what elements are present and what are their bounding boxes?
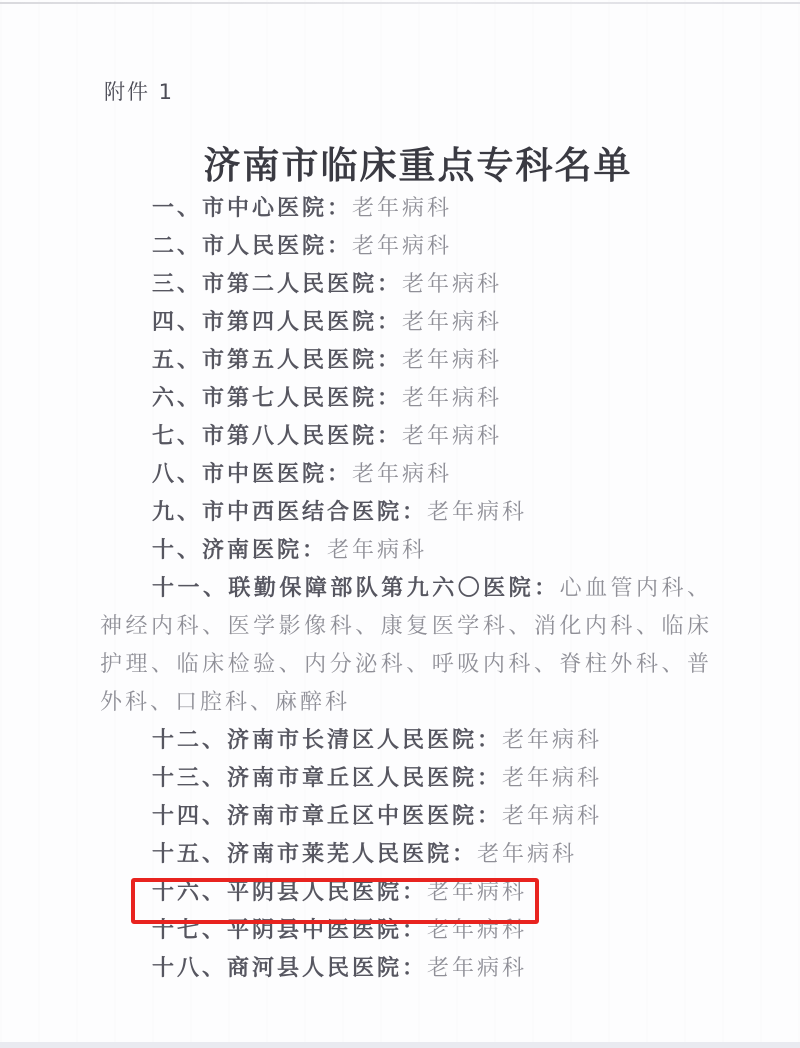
- hospital-name: 四、市第四人民医院：: [152, 310, 402, 335]
- specialty-name: 老年病科: [327, 538, 427, 563]
- hospital-name: 六、市第七人民医院：: [152, 386, 402, 411]
- list-item: 七、市第八人民医院：老年病科: [100, 418, 712, 456]
- specialty-name: 老年病科: [502, 804, 602, 829]
- specialty-name: 老年病科: [427, 918, 527, 943]
- hospital-name: 十八、商河县人民医院：: [152, 956, 427, 981]
- hospital-name: 八、市中医医院：: [152, 462, 352, 487]
- specialty-name: 老年病科: [352, 196, 452, 221]
- list-item: 八、市中医医院：老年病科: [100, 456, 712, 494]
- scanned-document-page: 附件 1 济南市临床重点专科名单 一、市中心医院：老年病科二、市人民医院：老年病…: [0, 0, 800, 1048]
- hospital-name: 十三、济南市章丘区人民医院：: [152, 766, 502, 791]
- hospital-name: 十六、平阴县人民医院：: [152, 880, 427, 905]
- scan-edge-top: [0, 2, 800, 4]
- list-item: 五、市第五人民医院：老年病科: [100, 342, 712, 380]
- hospital-name: 七、市第八人民医院：: [152, 424, 402, 449]
- hospital-name: 三、市第二人民医院：: [152, 272, 402, 297]
- list-item: 十七、平阴县中医医院：老年病科: [100, 912, 712, 950]
- specialty-list: 一、市中心医院：老年病科二、市人民医院：老年病科三、市第二人民医院：老年病科四、…: [100, 190, 712, 988]
- specialty-name: 老年病科: [427, 956, 527, 981]
- page-title: 济南市临床重点专科名单: [0, 135, 800, 189]
- list-item: 一、市中心医院：老年病科: [100, 190, 712, 228]
- list-item: 十、济南医院：老年病科: [100, 532, 712, 570]
- list-item-highlighted: 十六、平阴县人民医院：老年病科: [100, 874, 712, 912]
- list-item: 六、市第七人民医院：老年病科: [100, 380, 712, 418]
- list-item: 四、市第四人民医院：老年病科: [100, 304, 712, 342]
- list-item: 十五、济南市莱芜人民医院：老年病科: [100, 836, 712, 874]
- list-item: 二、市人民医院：老年病科: [100, 228, 712, 266]
- list-item: 三、市第二人民医院：老年病科: [100, 266, 712, 304]
- specialty-name: 老年病科: [502, 766, 602, 791]
- list-item: 十一、联勤保障部队第九六〇医院：心血管内科、神经内科、医学影像科、康复医学科、消…: [100, 570, 712, 722]
- list-item: 十四、济南市章丘区中医医院：老年病科: [100, 798, 712, 836]
- specialty-name: 老年病科: [402, 386, 502, 411]
- specialty-name: 老年病科: [402, 424, 502, 449]
- hospital-name: 十四、济南市章丘区中医医院：: [152, 804, 502, 829]
- list-item: 十二、济南市长清区人民医院：老年病科: [100, 722, 712, 760]
- specialty-name: 老年病科: [402, 272, 502, 297]
- specialty-name: 老年病科: [402, 348, 502, 373]
- hospital-name: 一、市中心医院：: [152, 196, 352, 221]
- specialty-name: 老年病科: [427, 500, 527, 525]
- specialty-name: 老年病科: [427, 880, 527, 905]
- list-item: 九、市中西医结合医院：老年病科: [100, 494, 712, 532]
- scan-edge-bottom: [0, 1042, 800, 1048]
- hospital-name: 十、济南医院：: [152, 538, 327, 563]
- specialty-name: 老年病科: [352, 462, 452, 487]
- specialty-name: 老年病科: [402, 310, 502, 335]
- hospital-name: 十七、平阴县中医医院：: [152, 918, 427, 943]
- attachment-label: 附件 1: [104, 76, 174, 106]
- specialty-name: 老年病科: [352, 234, 452, 259]
- hospital-name: 十二、济南市长清区人民医院：: [152, 728, 502, 753]
- list-item: 十八、商河县人民医院：老年病科: [100, 950, 712, 988]
- hospital-name: 十五、济南市莱芜人民医院：: [152, 842, 477, 867]
- specialty-name: 老年病科: [477, 842, 577, 867]
- specialty-name: 老年病科: [502, 728, 602, 753]
- hospital-name: 九、市中西医结合医院：: [152, 500, 427, 525]
- hospital-name: 十一、联勤保障部队第九六〇医院：: [152, 576, 560, 601]
- hospital-name: 五、市第五人民医院：: [152, 348, 402, 373]
- hospital-name: 二、市人民医院：: [152, 234, 352, 259]
- list-item: 十三、济南市章丘区人民医院：老年病科: [100, 760, 712, 798]
